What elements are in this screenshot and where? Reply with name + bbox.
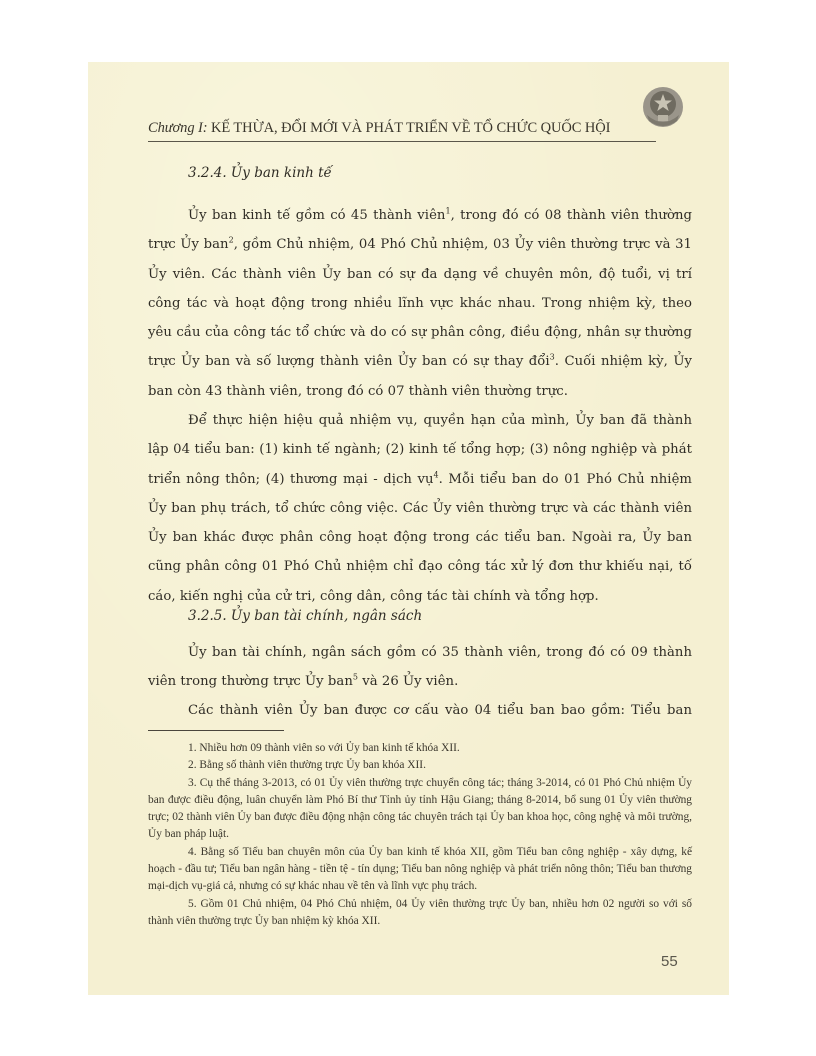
paragraph-3: Ủy ban tài chính, ngân sách gồm có 35 th… xyxy=(148,638,692,697)
footnote-rule xyxy=(148,730,284,731)
page-number: 55 xyxy=(661,953,678,970)
paragraph-text: và 26 Ủy viên. xyxy=(358,674,458,689)
footnote-1: 1. Nhiều hơn 09 thành viên so với Ủy ban… xyxy=(148,740,692,757)
footnote-3: 3. Cụ thể tháng 3-2013, có 01 Ủy viên th… xyxy=(148,775,692,844)
chapter-label: Chương I: xyxy=(148,120,207,136)
footnote-4: 4. Bằng số Tiểu ban chuyên môn của Ủy ba… xyxy=(148,844,692,896)
paragraph-1: Ủy ban kinh tế gồm có 45 thành viên1, tr… xyxy=(148,201,692,406)
paragraph-2: Để thực hiện hiệu quả nhiệm vụ, quyền hạ… xyxy=(148,406,692,611)
paragraph-4: Các thành viên Ủy ban được cơ cấu vào 04… xyxy=(148,696,692,725)
paragraph-text: . Mỗi tiểu ban do 01 Phó Chủ nhiệm Ủy ba… xyxy=(148,472,692,604)
header-rule xyxy=(148,141,656,142)
section-heading-3-2-5: 3.2.5. Ủy ban tài chính, ngân sách xyxy=(188,608,422,624)
section-heading-3-2-4: 3.2.4. Ủy ban kinh tế xyxy=(188,165,332,181)
footnotes: 1. Nhiều hơn 09 thành viên so với Ủy ban… xyxy=(148,740,692,930)
book-page: Chương I: KẾ THỪA, ĐỔI MỚI VÀ PHÁT TRIỂN… xyxy=(88,62,729,995)
paragraph-text: , gồm Chủ nhiệm, 04 Phó Chủ nhiệm, 03 Ủy… xyxy=(148,237,692,369)
running-head: Chương I: KẾ THỪA, ĐỔI MỚI VÀ PHÁT TRIỂN… xyxy=(148,120,661,137)
paragraph-text: Các thành viên Ủy ban được cơ cấu vào 04… xyxy=(188,703,692,718)
paragraph-text: Ủy ban kinh tế gồm có 45 thành viên xyxy=(188,208,445,223)
footnote-2: 2. Bằng số thành viên thường trực Ủy ban… xyxy=(148,757,692,774)
chapter-title: KẾ THỪA, ĐỔI MỚI VÀ PHÁT TRIỂN VỀ TỔ CHỨ… xyxy=(207,120,610,136)
footnote-5: 5. Gồm 01 Chủ nhiệm, 04 Phó Chủ nhiệm, 0… xyxy=(148,896,692,931)
national-emblem-icon xyxy=(641,85,685,133)
